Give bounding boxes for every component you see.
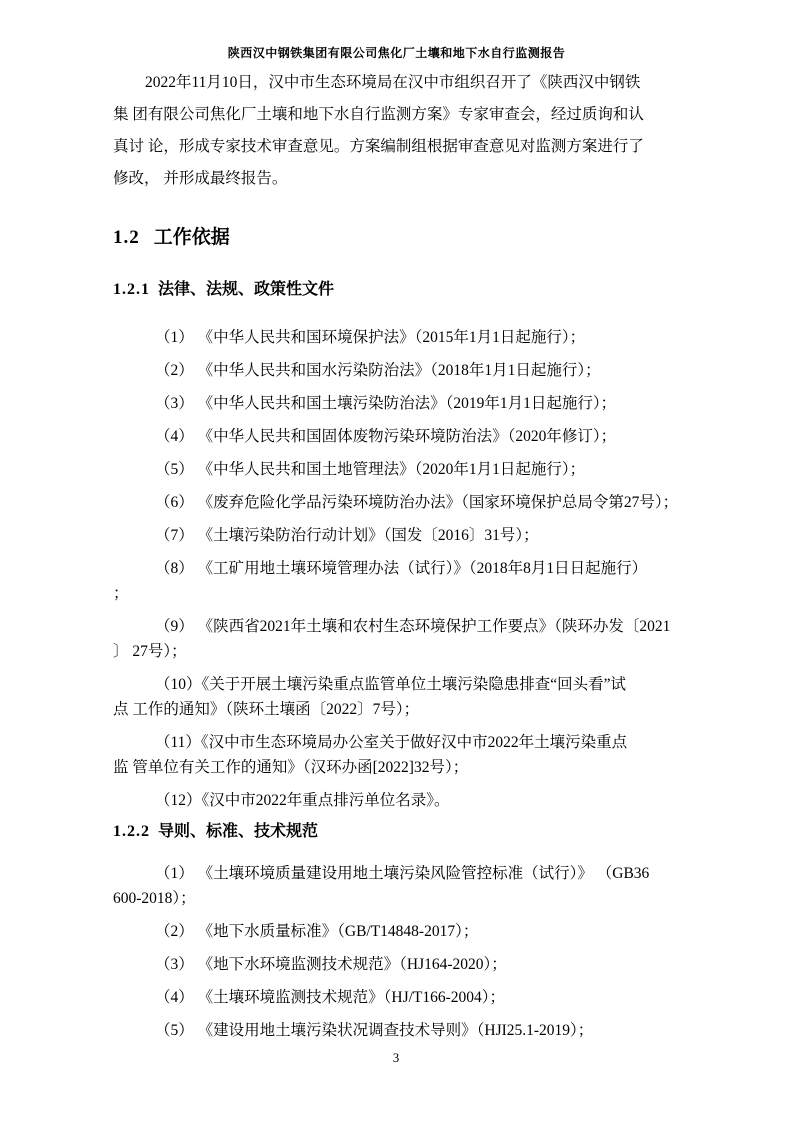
document-header-title: 陕西汉中钢铁集团有限公司焦化厂土壤和地下水自行监测报告 xyxy=(113,45,680,61)
subsection-heading-laws: 1.2.1法律、法规、政策性文件 xyxy=(113,279,680,301)
list-item: （6） 《废弃危险化学品污染环境防治办法》（国家环境保护总局令第27号）； xyxy=(113,490,680,515)
section-number: 1.2 xyxy=(113,227,140,248)
section-title: 工作依据 xyxy=(154,227,230,248)
list-item: （9） 《陕西省2021年土壤和农村生态环境保护工作要点》（陕环办发〔2021 … xyxy=(113,614,680,664)
section-heading-work-basis: 1.2工作依据 xyxy=(113,225,680,251)
subsection-title: 法律、法规、政策性文件 xyxy=(158,281,334,298)
document-page: 陕西汉中钢铁集团有限公司焦化厂土壤和地下水自行监测报告 2022年11月10日，… xyxy=(0,0,792,1121)
list-item: （8） 《工矿用地土壤环境管理办法（试行）》（2018年8月1日日起施行） ； xyxy=(113,556,680,606)
page-number: 3 xyxy=(0,1050,792,1066)
subsection-number: 1.2.2 xyxy=(113,823,150,840)
list-item: （5） 《建设用地土壤污染状况调查技术导则》（HJI25.1-2019）； xyxy=(113,1018,680,1043)
list-item: （3） 《中华人民共和国土壤污染防治法》（2019年1月1日起施行）； xyxy=(113,391,680,416)
list-item: （2） 《地下水质量标准》（GB/T14848-2017）； xyxy=(113,919,680,944)
list-item: （11）《汉中市生态环境局办公室关于做好汉中市2022年土壤污染重点 监 管单位… xyxy=(113,730,680,780)
intro-paragraph: 2022年11月10日，汉中市生态环境局在汉中市组织召开了《陕西汉中钢铁 集 团… xyxy=(113,67,680,195)
list-item: （7） 《土壤污染防治行动计划》（国发〔2016〕31号）； xyxy=(113,523,680,548)
list-item: （1） 《中华人民共和国环境保护法》（2015年1月1日起施行）； xyxy=(113,325,680,350)
list-item: （5） 《中华人民共和国土地管理法》（2020年1月1日起施行）； xyxy=(113,457,680,482)
subsection-number: 1.2.1 xyxy=(113,281,150,298)
subsection-title: 导则、标准、技术规范 xyxy=(158,823,318,840)
list-item: （4） 《中华人民共和国固体废物污染环境防治法》（2020年修订）； xyxy=(113,424,680,449)
list-item: （10）《关于开展土壤污染重点监管单位土壤污染隐患排查“回头看”试 点 工作的通… xyxy=(113,672,680,722)
list-item: （12）《汉中市2022年重点排污单位名录》。 xyxy=(113,788,680,813)
list-item: （3） 《地下水环境监测技术规范》（HJ164-2020）； xyxy=(113,952,680,977)
subsection-heading-standards: 1.2.2导则、标准、技术规范 xyxy=(113,821,680,843)
laws-list: （1） 《中华人民共和国环境保护法》（2015年1月1日起施行）；（2） 《中华… xyxy=(113,325,680,813)
list-item: （2） 《中华人民共和国水污染防治法》（2018年1月1日起施行）； xyxy=(113,358,680,383)
list-item: （1） 《土壤环境质量建设用地土壤污染风险管控标准（试行）》 （GB36 600… xyxy=(113,861,680,911)
list-item: （4） 《土壤环境监测技术规范》（HJ/T166-2004）； xyxy=(113,985,680,1010)
standards-list: （1） 《土壤环境质量建设用地土壤污染风险管控标准（试行）》 （GB36 600… xyxy=(113,861,680,1043)
